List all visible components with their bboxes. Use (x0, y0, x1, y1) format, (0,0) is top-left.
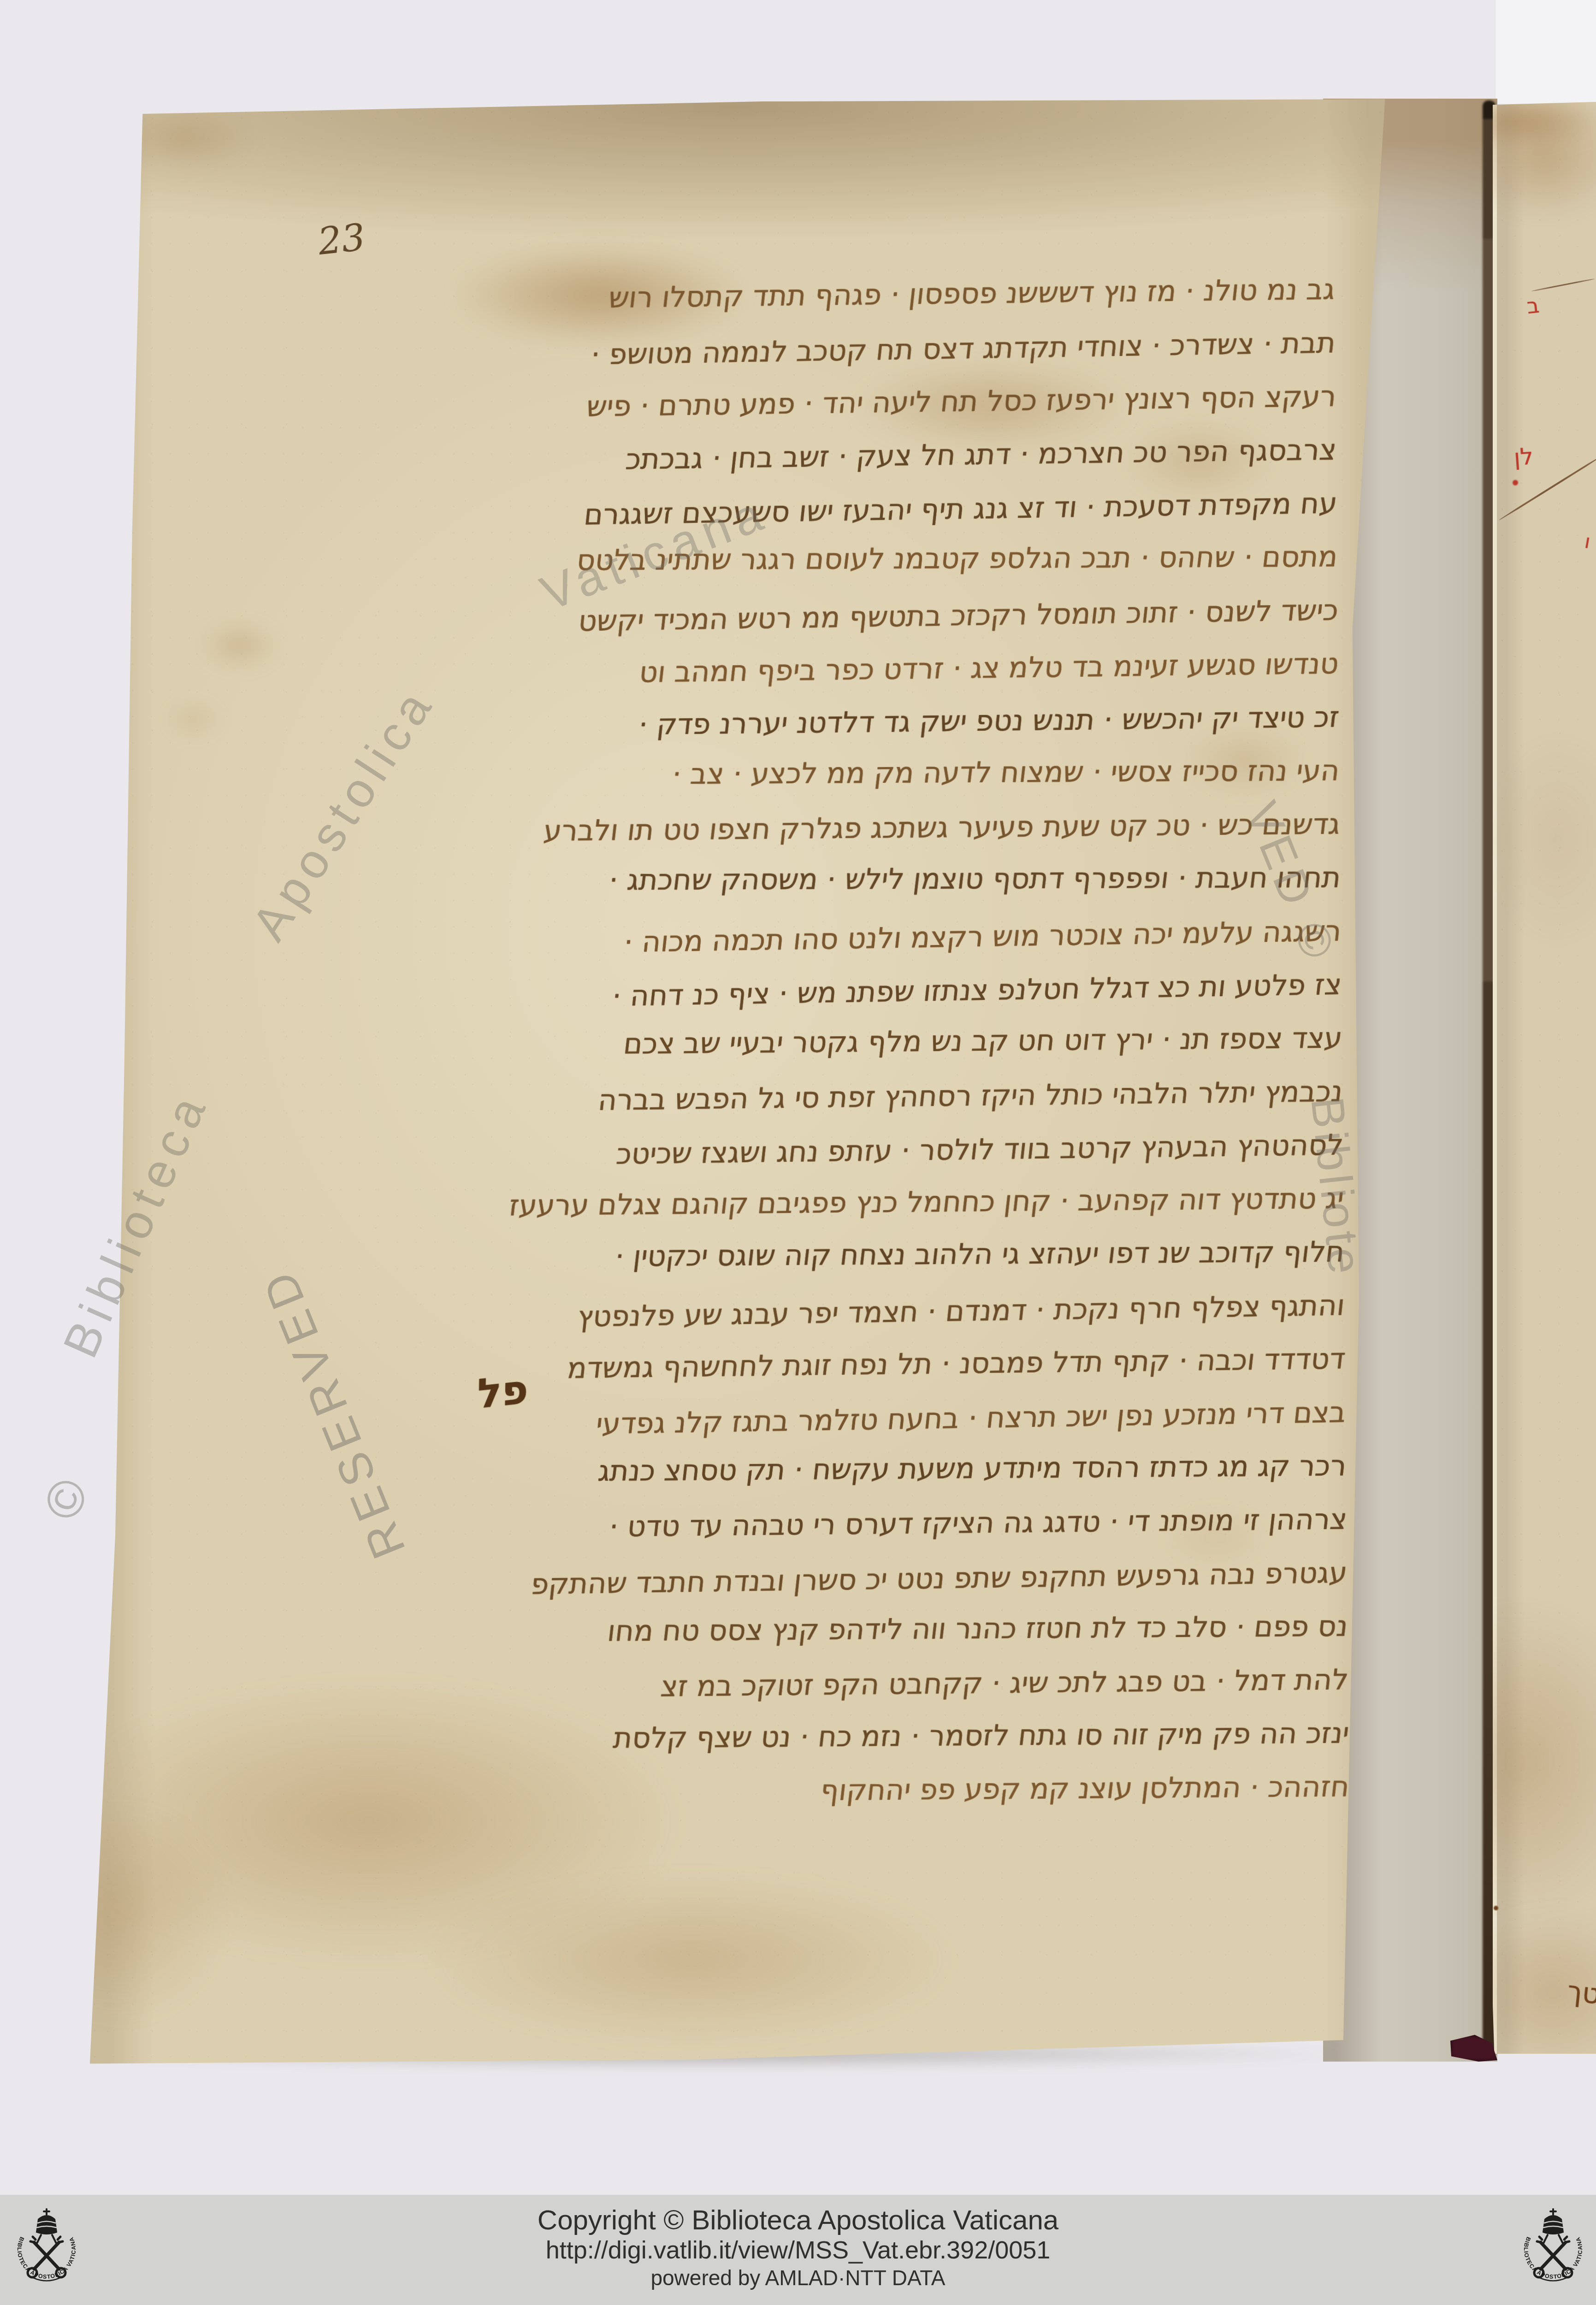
copyright-line: Copyright © Biblioteca Apostolica Vatica… (0, 2195, 1596, 2235)
bav-logo-right: BIBLIOTECA APOSTOLICA VATICANA (1519, 2205, 1588, 2295)
bav-logo-left: BIBLIOTECA APOSTOLICA VATICANA (12, 2205, 81, 2295)
url-line: http://digi.vatlib.it/view/MSS_Vat.ebr.3… (0, 2235, 1596, 2265)
footer-bar: Copyright © Biblioteca Apostolica Vatica… (0, 2195, 1596, 2305)
red-ink-annotation: לן (1513, 443, 1534, 471)
brown-ink-annotation: טך (1566, 1975, 1596, 2010)
ink-dot (1494, 1906, 1498, 1910)
scan-viewport: 23 גב נמ טולנ · מז נוץ דשששנ פספסון · פג… (0, 0, 1596, 2305)
red-ink-annotation: ב (1525, 293, 1540, 319)
ink-dot (1513, 480, 1518, 485)
annotation-layer: בלןוטך (0, 0, 1596, 2195)
powered-by-line: powered by AMLAD·NTT DATA (0, 2265, 1596, 2291)
pen-stroke (1499, 454, 1596, 520)
pen-stroke (1531, 278, 1595, 292)
red-ink-annotation: ו (1583, 530, 1592, 553)
